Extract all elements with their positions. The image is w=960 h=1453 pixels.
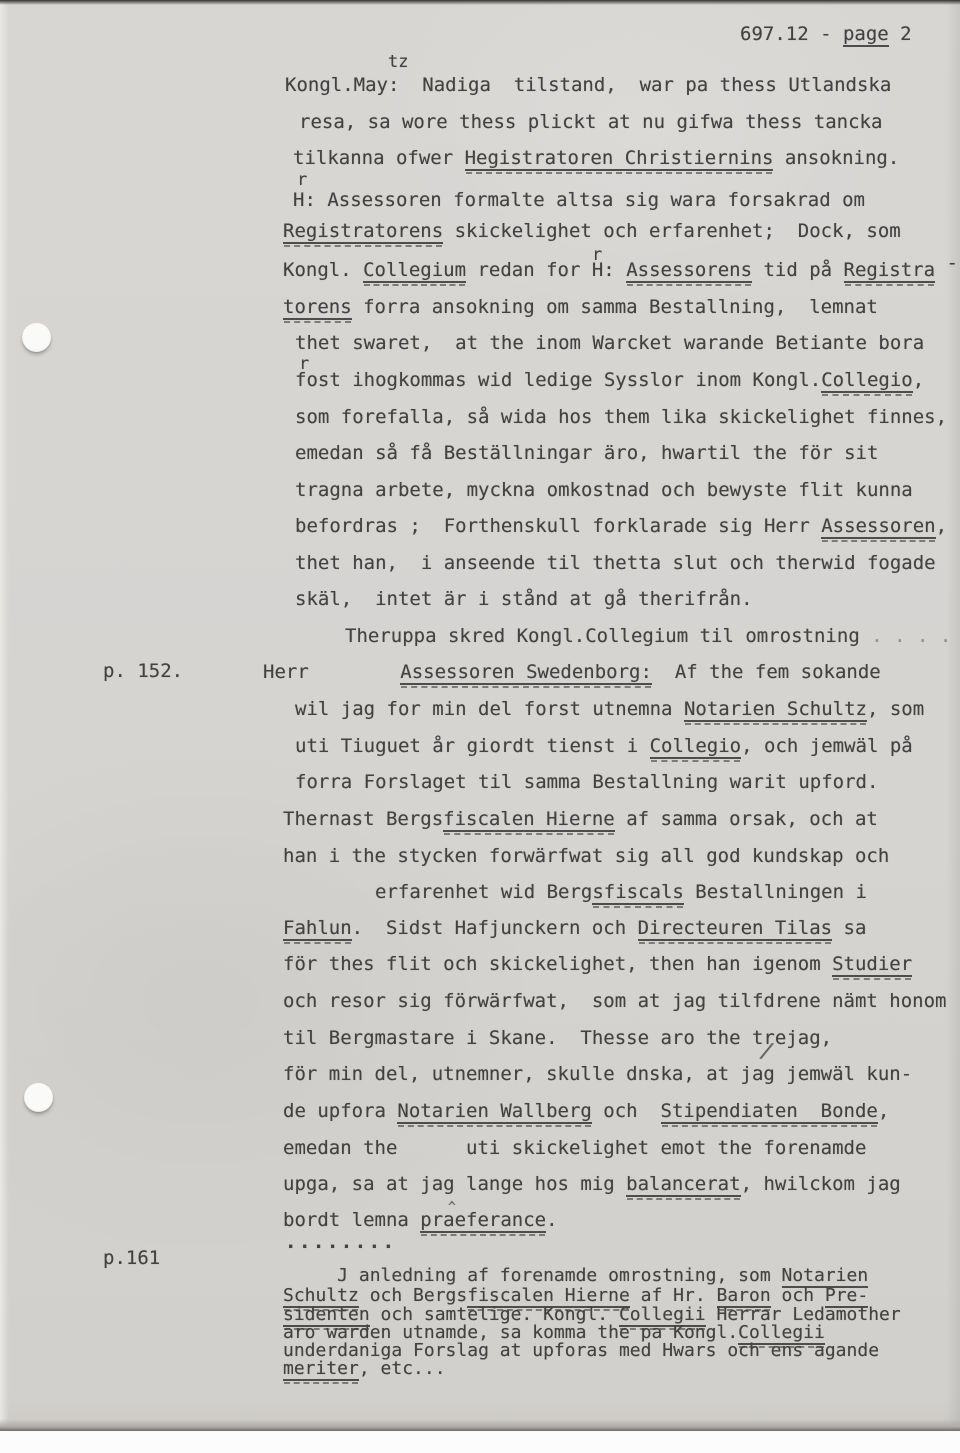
scanned-document-page: 697.12 - page 2tzKongl.May: Nadiga tilst…	[0, 0, 960, 1453]
underlined-text: torens	[283, 296, 352, 320]
underlined-text: Assessoren	[821, 515, 935, 539]
superscript-tz: tz	[388, 50, 408, 74]
text-segment: tragna arbete, myckna omkostnad och bewy…	[295, 479, 913, 501]
underlined-text: Notarien Schultz	[684, 698, 867, 722]
text-segment: för min del, utnemner, skulle dnska, at …	[283, 1063, 912, 1085]
underlined-text: Collegio	[650, 735, 742, 759]
text-segment: och	[592, 1100, 661, 1122]
text-segment: uti Tiuguet år giordt tienst i	[295, 735, 650, 757]
text-segment: af Hr.	[630, 1285, 717, 1306]
text-segment: som forefalla, så wida hos them lika ski…	[295, 406, 947, 428]
underlined-text: Studier	[832, 953, 912, 977]
text-line: Fahlun. Sidst Hafjunckern och Directeure…	[283, 916, 866, 940]
underlined-text: meriter	[283, 1358, 359, 1381]
text-segment: thet swaret, at the inom Warcket warande…	[295, 332, 924, 354]
text-segment: de upfora	[283, 1100, 397, 1122]
text-segment: ........	[285, 1231, 397, 1253]
text-segment: til Bergmastare i Skane. Thesse aro the …	[283, 1027, 832, 1049]
text-segment: Thernast Bergs	[283, 808, 443, 830]
text-segment: och	[771, 1285, 825, 1306]
text-line: Kongl. Collegium redan for H: Assessoren…	[283, 258, 958, 282]
text-line: som forefalla, så wida hos them lika ski…	[295, 405, 947, 429]
margin-page-ref-161: p.161	[103, 1246, 160, 1270]
text-segment: för thes flit och skickelighet, then han…	[283, 953, 832, 975]
dots-separator: ........	[285, 1230, 397, 1254]
underlined-text: Hegistratoren Christiernins	[465, 147, 774, 171]
text-line: thet han, i anseende til thetta slut och…	[295, 551, 936, 575]
text-segment: befordras ; Forthenskull forklarade sig …	[295, 515, 821, 537]
text-segment: r	[297, 170, 307, 190]
text-segment: forra Forslaget til samma Bestallning wa…	[295, 771, 878, 793]
text-segment: , hwilckom jag	[741, 1173, 901, 1195]
underlined-text: Assessorens	[626, 259, 752, 283]
text-segment: H: Assessoren formalte altsa sig wara fo…	[293, 189, 865, 211]
text-line: forra Forslaget til samma Bestallning wa…	[295, 770, 878, 794]
scan-edge-top	[0, 0, 960, 5]
text-segment: ,	[913, 369, 924, 391]
text-segment: , etc...	[359, 1358, 446, 1379]
text-line: Theruppa skred Kongl.Collegium til omros…	[345, 624, 951, 648]
text-segment: p. 152.	[103, 660, 183, 682]
text-line: Thernast Bergsfiscalen Hierne af samma o…	[283, 807, 878, 831]
text-segment: bordt lemna	[283, 1209, 420, 1231]
text-segment: wil jag for min del forst utnemna	[295, 698, 684, 720]
text-line: emedan så få Beställningar äro, hwartil …	[295, 441, 878, 465]
text-segment: .	[546, 1209, 557, 1231]
text-line: Registratorens skickelighet och erfarenh…	[283, 219, 901, 243]
paper-edge-left	[0, 0, 9, 1431]
text-segment: forra ansokning om samma Bestallning, le…	[352, 296, 878, 318]
page-header: 697.12 - page 2	[740, 22, 912, 46]
text-line: bordt lemna praeferance.	[283, 1208, 558, 1232]
underlined-text: balancerat	[626, 1173, 740, 1197]
text-segment: Kongl.May: Nadiga tilstand, war pa thess…	[285, 74, 891, 96]
text-segment: erfarenhet wid Berg	[375, 881, 592, 903]
text-line: til Bergmastare i Skane. Thesse aro the …	[283, 1026, 832, 1050]
text-segment: sa	[832, 917, 866, 939]
text-segment: -	[935, 252, 958, 274]
text-line: H: Assessoren formalte altsa sig wara fo…	[293, 188, 865, 212]
underlined-text: Notarien Wallberg	[397, 1100, 591, 1124]
text-line: och resor sig förwärfwat, som at jag til…	[283, 989, 946, 1013]
scan-edge-bottom	[0, 1419, 960, 1431]
text-segment: Bestallningen i	[684, 881, 867, 903]
text-line: tragna arbete, myckna omkostnad och bewy…	[295, 478, 913, 502]
text-segment: tilkanna ofwer	[293, 147, 465, 169]
text-segment: emedan så få Beställningar äro, hwartil …	[295, 442, 878, 464]
margin-page-ref-152: p. 152.	[103, 659, 183, 683]
text-line: resa, sa wore thess plickt at nu gifwa t…	[299, 110, 882, 134]
text-segment: J anledning af forenamde omrostning, som	[283, 1265, 782, 1286]
text-segment: , som	[867, 698, 924, 720]
underlined-text: Assessoren Swedenborg:	[400, 661, 652, 685]
underlined-text: Directeuren Tilas	[638, 917, 832, 941]
underlined-text: page	[843, 23, 889, 47]
text-segment: tz	[388, 52, 408, 72]
text-line: de upfora Notarien Wallberg och Stipendi…	[283, 1099, 889, 1123]
text-segment: 697.12 -	[740, 23, 843, 45]
text-segment: han i the stycken forwärfwat sig all god…	[283, 845, 889, 867]
text-line: för min del, utnemner, skulle dnska, at …	[283, 1062, 912, 1086]
text-line: Schultz och Bergsfiscalen Hierne af Hr. …	[283, 1286, 868, 1306]
punch-hole-upper	[22, 323, 51, 352]
text-line: uti Tiuguet år giordt tienst i Collegio,…	[295, 734, 913, 758]
text-segment: och resor sig förwärfwat, som at jag til…	[283, 990, 946, 1012]
underlined-text: Collegio	[821, 369, 913, 393]
text-segment: p.161	[103, 1247, 160, 1269]
text-segment: skickelighet och erfarenhet; Dock, som	[443, 220, 901, 242]
underlined-text: Registratorens	[283, 220, 443, 244]
text-line: han i the stycken forwärfwat sig all god…	[283, 844, 889, 868]
text-segment: Kongl.	[283, 259, 363, 281]
underlined-text: praeferance	[420, 1209, 546, 1233]
scan-margin-bottom	[0, 1431, 960, 1453]
text-segment: tid på	[752, 259, 844, 281]
underlined-text: sfiscals	[592, 881, 684, 905]
text-segment: . . . .	[860, 625, 952, 647]
text-segment: thet han, i anseende til thetta slut och…	[295, 552, 936, 574]
text-segment: skäl, intet är i stånd at gå therifrån.	[295, 588, 753, 610]
text-segment: Af the fem sokande	[652, 661, 881, 683]
underlined-text: Stipendiaten Bonde	[661, 1100, 878, 1124]
text-line: wil jag for min del forst utnemna Notari…	[295, 697, 924, 721]
underlined-text: Collegium	[363, 259, 466, 283]
text-line: torens forra ansokning om samma Bestalln…	[283, 295, 878, 319]
text-segment: af samma orsak, och at	[615, 808, 878, 830]
text-segment: resa, sa wore thess plickt at nu gifwa t…	[299, 111, 882, 133]
text-line: thet swaret, at the inom Warcket warande…	[295, 331, 924, 355]
text-segment: , och jemwäl på	[741, 735, 913, 757]
text-line: upga, sa at jag lange hos mig balancerat…	[283, 1172, 901, 1196]
text-segment: ,	[936, 515, 947, 537]
text-line: befordras ; Forthenskull forklarade sig …	[295, 514, 947, 538]
text-line: fost ihogkommas wid ledige Sysslor inom …	[295, 368, 924, 392]
text-line: Kongl.May: Nadiga tilstand, war pa thess…	[285, 73, 891, 97]
text-segment: Herr	[263, 661, 400, 683]
underlined-text: Fahlun	[283, 917, 352, 941]
text-segment: upga, sa at jag lange hos mig	[283, 1173, 626, 1195]
text-segment: fost ihogkommas wid ledige Sysslor inom …	[295, 369, 821, 391]
text-segment: emedan the uti skickelighet emot the for…	[283, 1137, 866, 1159]
text-line: emedan the uti skickelighet emot the for…	[283, 1136, 866, 1160]
text-line: Herr Assessoren Swedenborg: Af the fem s…	[263, 660, 881, 684]
text-line: erfarenhet wid Bergsfiscals Bestallninge…	[375, 880, 867, 904]
text-segment: ansokning.	[773, 147, 899, 169]
text-line: skäl, intet är i stånd at gå therifrån.	[295, 587, 753, 611]
paper-edge-right	[946, 0, 960, 1431]
text-segment: redan for H:	[466, 259, 626, 281]
text-segment: 2	[889, 23, 912, 45]
text-line: tilkanna ofwer Hegistratoren Christierni…	[293, 146, 899, 170]
text-segment: och Bergs	[359, 1285, 467, 1306]
underlined-text: Registra	[844, 259, 936, 283]
text-segment: Theruppa skred Kongl.Collegium til omros…	[345, 625, 860, 647]
text-line: meriter, etc...	[283, 1359, 446, 1379]
text-segment: . Sidst Hafjunckern och	[352, 917, 638, 939]
punch-hole-lower	[24, 1083, 53, 1112]
text-segment: ,	[878, 1100, 889, 1122]
text-line: J anledning af forenamde omrostning, som…	[283, 1266, 868, 1286]
text-line: för thes flit och skickelighet, then han…	[283, 952, 912, 976]
underlined-text: fiscalen Hierne	[443, 808, 615, 832]
